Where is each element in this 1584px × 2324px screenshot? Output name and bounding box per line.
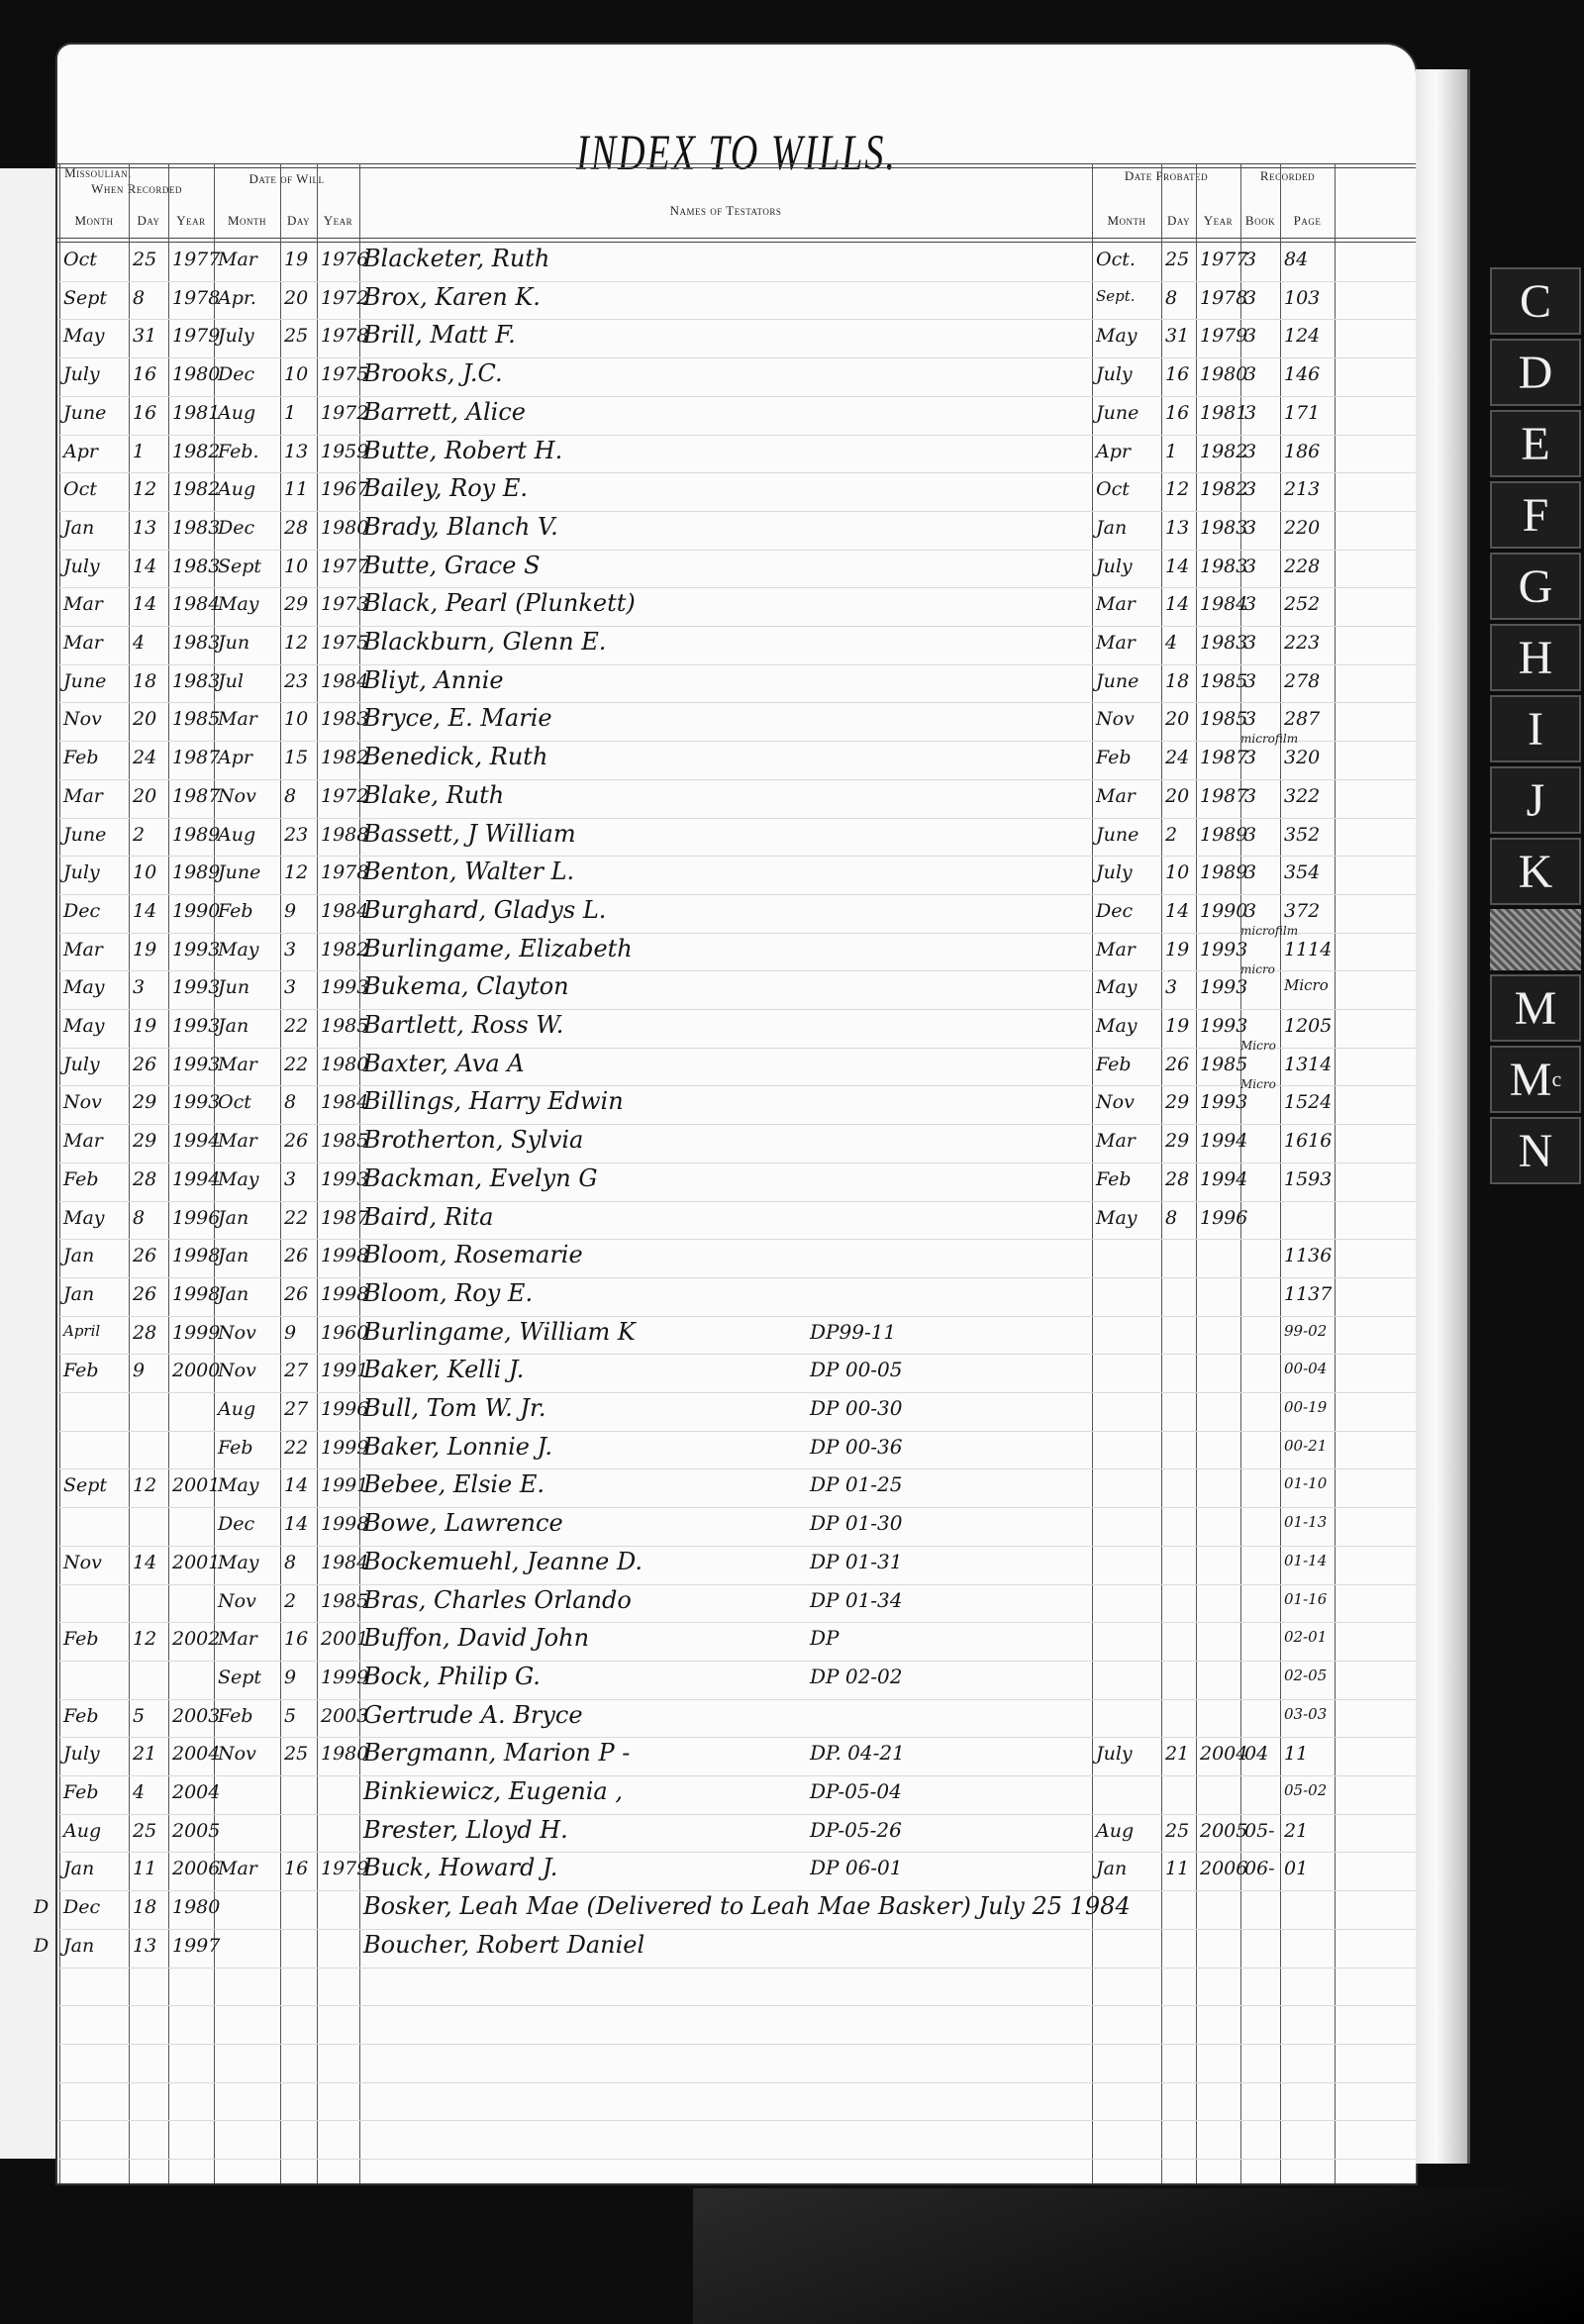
cell-prob-day: 20 [1165,708,1196,730]
cell-rec-day: 11 [133,1858,168,1879]
cell-prob-day: 12 [1165,478,1196,500]
cell-rec-month: July [63,556,129,577]
cell-book: 3 [1244,861,1280,883]
cell-book: 3 [1244,824,1280,846]
cell-rec-month: Feb [63,1360,129,1381]
cell-prob-month: Oct. [1096,249,1161,270]
cell-rec-day: 20 [133,708,168,730]
cell-rec-month: April [63,1322,129,1340]
cell-rec-year: 1996 [172,1207,214,1229]
cell-rec-year: 2003 [172,1705,214,1727]
cell-prob-year: 1983 [1200,556,1240,577]
cell-prob-year: 1990 [1200,900,1240,922]
cell-will-day: 28 [284,517,317,539]
cell-name: Billings, Harry Edwin [363,1087,624,1115]
cell-name: Bock, Philip G. [363,1663,541,1690]
cell-rec-month: Jan [63,517,129,539]
cell-rec-day: 25 [133,249,168,270]
row-rule [57,2159,1416,2160]
cell-rec-day: 26 [133,1054,168,1075]
cell-rec-day: 24 [133,747,168,768]
cell-prob-year: 1994 [1200,1168,1240,1190]
cell-prob-day: 18 [1165,670,1196,692]
cell-prob-month: Mar [1096,785,1161,807]
cell-rec-year: 1993 [172,939,214,960]
header-names-of-testators: Names of Testators [359,203,1092,219]
cell-name: Bockemuehl, Jeanne D. [363,1548,643,1575]
cell-will-day: 10 [284,363,317,385]
cell-rec-year: 1999 [172,1322,214,1344]
cell-book: 3 [1244,708,1280,730]
cell-will-day: 26 [284,1130,317,1152]
cell-will-month: Aug [218,824,280,846]
cell-name: Baxter, Ava A [363,1050,525,1077]
cell-rec-day: 2 [133,824,168,846]
cell-will-year: 1985 [321,1590,359,1612]
deposit-mark: D [34,1896,49,1918]
table-row: Jan131997Boucher, Robert DanielD [57,1929,1416,1967]
table-row: April281999Nov91960Burlingame, William K… [57,1316,1416,1354]
cell-dp-number: DP 01-25 [810,1472,903,1496]
cell-rec-year: 1994 [172,1168,214,1190]
cell-will-month: Mar [218,1130,280,1152]
cell-will-day: 19 [284,249,317,270]
cell-will-year: 1998 [321,1513,359,1535]
cell-page: 171 [1284,402,1335,424]
row-rule [57,2005,1416,2006]
cell-will-month: Sept [218,1667,280,1688]
table-row: Mar41983Jun121975Blackburn, Glenn E.Mar4… [57,626,1416,663]
cell-book: 3 [1244,900,1280,922]
cell-will-month: Jun [218,976,280,998]
cell-book: 3 [1244,517,1280,539]
cell-page: 01-14 [1284,1552,1335,1569]
cell-will-month: May [218,593,280,615]
cell-prob-day: 11 [1165,1858,1196,1879]
cell-prob-month: Mar [1096,632,1161,654]
index-tab-f[interactable]: F [1490,481,1581,549]
table-row: Nov201985Mar101983Bryce, E. MarieNov2019… [57,702,1416,740]
cell-rec-day: 19 [133,1015,168,1037]
header-will-day: Day [280,213,317,229]
cell-book: 3 [1244,441,1280,462]
header-will-month: Month [214,213,280,229]
cell-rec-month: May [63,976,129,998]
cell-dp-number: DP 00-05 [810,1358,903,1381]
cell-name: Bliyt, Annie [363,666,504,694]
cell-will-year: 1996 [321,1398,359,1420]
cell-book: 3 [1244,325,1280,347]
cell-rec-month: Nov [63,1552,129,1573]
cell-name: Brooks, J.C. [363,359,503,387]
cell-rec-day: 1 [133,441,168,462]
cell-will-year: 1985 [321,1015,359,1037]
cell-page: 223 [1284,632,1335,654]
cell-prob-month: July [1096,861,1161,883]
cell-page: 01-10 [1284,1474,1335,1492]
index-tab-mc[interactable]: Mc [1490,1046,1581,1113]
index-tab-j[interactable]: J [1490,766,1581,834]
header-rec-month: Month [59,213,129,229]
table-row: Feb52003Feb52003Gertrude A. Bryce03-03 [57,1699,1416,1737]
cell-will-day: 9 [284,900,317,922]
cell-will-day: 23 [284,670,317,692]
cell-will-month: Sept [218,556,280,577]
cell-will-day: 27 [284,1398,317,1420]
index-tab-d[interactable]: D [1490,339,1581,406]
cell-name: Buck, Howard J. [363,1854,557,1881]
cell-page: 01-13 [1284,1513,1335,1531]
index-tab-i[interactable]: I [1490,695,1581,762]
cell-prob-day: 25 [1165,1820,1196,1842]
index-tab-c[interactable]: C [1490,267,1581,335]
cell-will-year: 1978 [321,861,359,883]
cell-rec-month: Mar [63,632,129,654]
cell-page: 99-02 [1284,1322,1335,1340]
header-will-year: Year [317,213,359,229]
cell-rec-day: 9 [133,1360,168,1381]
cell-will-month: Apr. [218,287,280,309]
cell-name: Buffon, David John [363,1624,589,1652]
table-row: Jan261998Jan261998Bloom, Rosemarie1136 [57,1239,1416,1276]
cell-prob-day: 14 [1165,593,1196,615]
cell-page: 220 [1284,517,1335,539]
cell-will-year: 1972 [321,287,359,309]
cell-will-year: 1999 [321,1437,359,1459]
cell-rec-day: 4 [133,1781,168,1803]
header-rec-year: Year [168,213,214,229]
cell-rec-month: June [63,670,129,692]
cell-prob-day: 8 [1165,287,1196,309]
cell-will-month: Aug [218,1398,280,1420]
cell-rec-month: Dec [63,1896,129,1918]
cell-will-month: Jun [218,632,280,654]
cell-name: Black, Pearl (Plunkett) [363,589,636,617]
cell-prob-month: July [1096,1743,1161,1765]
cell-will-day: 5 [284,1705,317,1727]
cell-name: Bloom, Rosemarie [363,1241,583,1268]
cell-prob-year: 2004 [1200,1743,1240,1765]
cell-prob-year: 1987 [1200,785,1240,807]
cell-dp-number: DP 01-30 [810,1511,903,1535]
index-tab-k[interactable]: K [1490,838,1581,905]
cell-will-day: 22 [284,1015,317,1037]
header-book: Book [1240,213,1280,229]
index-tab-n[interactable]: N [1490,1117,1581,1184]
cell-prob-year: 1993 [1200,976,1240,998]
cell-will-day: 10 [284,708,317,730]
cell-will-month: Nov [218,1590,280,1612]
cell-will-month: Aug [218,478,280,500]
cell-rec-year: 1997 [172,1935,214,1957]
table-row: Oct121982Aug111967Bailey, Roy E.Oct12198… [57,472,1416,510]
cell-name: Bowe, Lawrence [363,1509,563,1537]
cell-rec-year: 1994 [172,1130,214,1152]
cell-prob-year: 1994 [1200,1130,1240,1152]
cell-will-day: 25 [284,325,317,347]
cell-will-year: 1975 [321,632,359,654]
cell-name: Brady, Blanch V. [363,513,558,541]
cell-name: Baird, Rita [363,1203,493,1231]
cell-rec-month: May [63,325,129,347]
cell-will-month: Nov [218,785,280,807]
cell-page: 1205 [1284,1015,1335,1037]
cell-will-year: 1993 [321,1168,359,1190]
cell-name: Bukema, Clayton [363,972,569,1000]
cell-rec-year: 1989 [172,861,214,883]
cell-page: 352 [1284,824,1335,846]
cell-rec-month: Sept [63,1474,129,1496]
cell-book: 3 [1244,478,1280,500]
cell-will-year: 1960 [321,1322,359,1344]
cell-dp-number: DP 00-30 [810,1396,903,1420]
cell-rec-day: 21 [133,1743,168,1765]
cell-will-month: Dec [218,1513,280,1535]
cell-book: 05- [1244,1820,1280,1842]
cell-rec-year: 2000 [172,1360,214,1381]
cell-page: 186 [1284,441,1335,462]
cell-will-month: May [218,1168,280,1190]
cell-prob-day: 29 [1165,1091,1196,1113]
cell-will-month: Nov [218,1322,280,1344]
cell-will-year: 1998 [321,1283,359,1305]
cell-will-day: 23 [284,824,317,846]
cell-will-month: Nov [218,1743,280,1765]
cell-will-year: 1984 [321,900,359,922]
cell-will-year: 1976 [321,249,359,270]
cell-prob-year: 1985 [1200,1054,1240,1075]
cell-will-month: May [218,1552,280,1573]
cell-prob-day: 2 [1165,824,1196,846]
cell-rec-month: Jan [63,1283,129,1305]
cell-prob-month: May [1096,1207,1161,1229]
cell-rec-year: 2001 [172,1474,214,1496]
cell-name: Brill, Matt F. [363,321,516,349]
cell-prob-month: Sept. [1096,287,1161,305]
cell-prob-day: 10 [1165,861,1196,883]
header-date-probated: Date Probated [1092,168,1240,184]
cell-will-month: May [218,1474,280,1496]
cell-page: 00-19 [1284,1398,1335,1416]
cell-will-year: 1983 [321,708,359,730]
cell-rec-day: 19 [133,939,168,960]
cell-name: Blackburn, Glenn E. [363,628,606,656]
cell-rec-day: 5 [133,1705,168,1727]
cell-will-year: 1991 [321,1360,359,1381]
cell-rec-year: 1983 [172,632,214,654]
cell-will-year: 1980 [321,517,359,539]
header-prob-day: Day [1161,213,1196,229]
cell-rec-month: Feb [63,1628,129,1650]
cell-name: Bull, Tom W. Jr. [363,1394,546,1422]
cell-rec-month: Mar [63,593,129,615]
cell-will-month: Apr [218,747,280,768]
cell-rec-month: Feb [63,1168,129,1190]
cell-prob-year: 2005 [1200,1820,1240,1842]
header-recorded: Recorded [1240,168,1335,184]
cell-will-month: Jan [218,1283,280,1305]
cell-page: 02-05 [1284,1667,1335,1684]
cell-book: 06- [1244,1858,1280,1879]
cell-rec-year: 1980 [172,1896,214,1918]
cell-book: 3 [1244,363,1280,385]
cell-prob-day: 16 [1165,363,1196,385]
table-row: Oct251977Mar191976Blacketer, RuthOct.251… [57,243,1416,280]
cell-name: Backman, Evelyn G [363,1164,597,1192]
cell-page: 1524 [1284,1091,1335,1113]
cell-will-month: Mar [218,1628,280,1650]
cell-will-month: Mar [218,1858,280,1879]
cell-rec-month: Dec [63,900,129,922]
cell-prob-year: 1987 [1200,747,1240,768]
header-date-of-will: Date of Will [214,171,359,187]
cell-dp-number: DP-05-26 [810,1818,902,1842]
cell-will-month: Dec [218,363,280,385]
cell-prob-month: Dec [1096,900,1161,922]
cell-rec-month: Mar [63,1130,129,1152]
cell-page: Micro [1284,976,1335,994]
cell-prob-year: 1979 [1200,325,1240,347]
table-row: May81996Jan221987Baird, RitaMay81996 [57,1201,1416,1239]
cell-rec-year: 1981 [172,402,214,424]
cell-will-year: 1967 [321,478,359,500]
cell-prob-year: 1982 [1200,441,1240,462]
cell-dp-number: DP [810,1626,840,1650]
cell-rec-day: 14 [133,1552,168,1573]
cell-rec-day: 31 [133,325,168,347]
cell-rec-day: 18 [133,670,168,692]
cell-prob-month: Mar [1096,593,1161,615]
cell-page: 01 [1284,1858,1335,1879]
cell-prob-year: 1985 [1200,708,1240,730]
table-row: Feb92000Nov271991Baker, Kelli J.00-04DP … [57,1354,1416,1391]
table-row: Nov142001May81984Bockemuehl, Jeanne D.01… [57,1546,1416,1583]
cell-prob-year: 1983 [1200,517,1240,539]
cell-name: Baker, Lonnie J. [363,1433,552,1461]
cell-will-day: 15 [284,747,317,768]
cell-rec-year: 2002 [172,1628,214,1650]
index-tab-h[interactable]: H [1490,624,1581,691]
cell-will-year: 1988 [321,824,359,846]
cell-name: Bras, Charles Orlando [363,1586,632,1614]
cell-prob-day: 19 [1165,939,1196,960]
cell-rec-month: July [63,1743,129,1765]
cell-will-month: Feb [218,1437,280,1459]
index-tab-g[interactable]: G [1490,553,1581,620]
cell-rec-month: Mar [63,785,129,807]
cell-name: Bailey, Roy E. [363,474,528,502]
cell-page: 01-16 [1284,1590,1335,1608]
table-row: July101989June121978Benton, Walter L.Jul… [57,856,1416,893]
cell-rec-month: July [63,1054,129,1075]
table-row: July212004Nov251980Bergmann, Marion P -J… [57,1737,1416,1774]
cell-rec-month: Jan [63,1858,129,1879]
cell-name: Butte, Grace S [363,552,541,579]
cell-dp-number: DP 00-36 [810,1435,903,1459]
cell-will-day: 16 [284,1628,317,1650]
cell-will-month: Jan [218,1207,280,1229]
cell-rec-day: 12 [133,1628,168,1650]
cell-prob-year: 1985 [1200,670,1240,692]
cell-will-month: Mar [218,1054,280,1075]
cell-rec-year: 1984 [172,593,214,615]
cell-prob-month: June [1096,824,1161,846]
header-prob-month: Month [1092,213,1161,229]
cell-name: Benedick, Ruth [363,743,547,770]
cell-rec-day: 28 [133,1168,168,1190]
index-tab-e[interactable]: E [1490,410,1581,477]
cell-will-month: Aug [218,402,280,424]
cell-name: Gertrude A. Bryce [363,1701,583,1729]
cell-name: Bryce, E. Marie [363,704,552,732]
cell-prob-day: 13 [1165,517,1196,539]
cell-page: 1114 [1284,939,1335,960]
cell-rec-year: 1979 [172,325,214,347]
cell-prob-day: 28 [1165,1168,1196,1190]
cell-rec-month: Aug [63,1820,129,1842]
cell-will-day: 22 [284,1207,317,1229]
cell-rec-year: 1989 [172,824,214,846]
table-row: May31993Jun31993Bukema, ClaytonMay31993M… [57,970,1416,1008]
cell-book: 3 [1244,402,1280,424]
cell-will-month: Jan [218,1245,280,1266]
cell-will-day: 26 [284,1245,317,1266]
cell-name: Butte, Robert H. [363,437,562,464]
row-rule [57,2082,1416,2083]
cell-will-day: 16 [284,1858,317,1879]
cell-rec-year: 2006 [172,1858,214,1879]
cell-prob-year: 1977 [1200,249,1240,270]
table-row: Sept91999Bock, Philip G.02-05DP 02-02 [57,1661,1416,1698]
cell-prob-year: 1989 [1200,824,1240,846]
cell-will-day: 26 [284,1283,317,1305]
table-row: Dec181980Bosker, Leah Mae (Delivered to … [57,1890,1416,1928]
cell-prob-year: 1981 [1200,402,1240,424]
cell-book: 3 [1244,785,1280,807]
cell-rec-year: 1977 [172,249,214,270]
cell-prob-day: 3 [1165,976,1196,998]
cell-page: 103 [1284,287,1335,309]
cell-will-year: 1979 [321,1858,359,1879]
cell-rec-month: Apr [63,441,129,462]
cell-rec-day: 14 [133,556,168,577]
table-row: Feb122002Mar162001Buffon, David John02-0… [57,1622,1416,1660]
header-page: Page [1280,213,1335,229]
cell-prob-day: 24 [1165,747,1196,768]
cell-page: 1616 [1284,1130,1335,1152]
cell-rec-day: 28 [133,1322,168,1344]
cell-prob-day: 1 [1165,441,1196,462]
cell-will-day: 25 [284,1743,317,1765]
cell-will-month: Dec [218,517,280,539]
cell-rec-year: 1990 [172,900,214,922]
cell-will-year: 1978 [321,325,359,347]
cell-will-year: 1982 [321,939,359,960]
left-page-edge [0,168,61,2159]
cell-prob-month: Feb [1096,747,1161,768]
index-tabs: CDEFGHIJKMMcN [1490,267,1581,1188]
table-row: July161980Dec101975Brooks, J.C.July16198… [57,357,1416,395]
cell-book: 3 [1244,556,1280,577]
cell-page: 320 [1284,747,1335,768]
cell-name: Blacketer, Ruth [363,245,549,272]
cell-rec-year: 2004 [172,1781,214,1803]
table-row: Feb241987Apr151982Benedick, RuthFeb24198… [57,741,1416,778]
cell-will-year: 1959 [321,441,359,462]
cell-rec-month: Feb [63,747,129,768]
cell-will-month: July [218,325,280,347]
index-tab-m[interactable]: M [1490,974,1581,1042]
